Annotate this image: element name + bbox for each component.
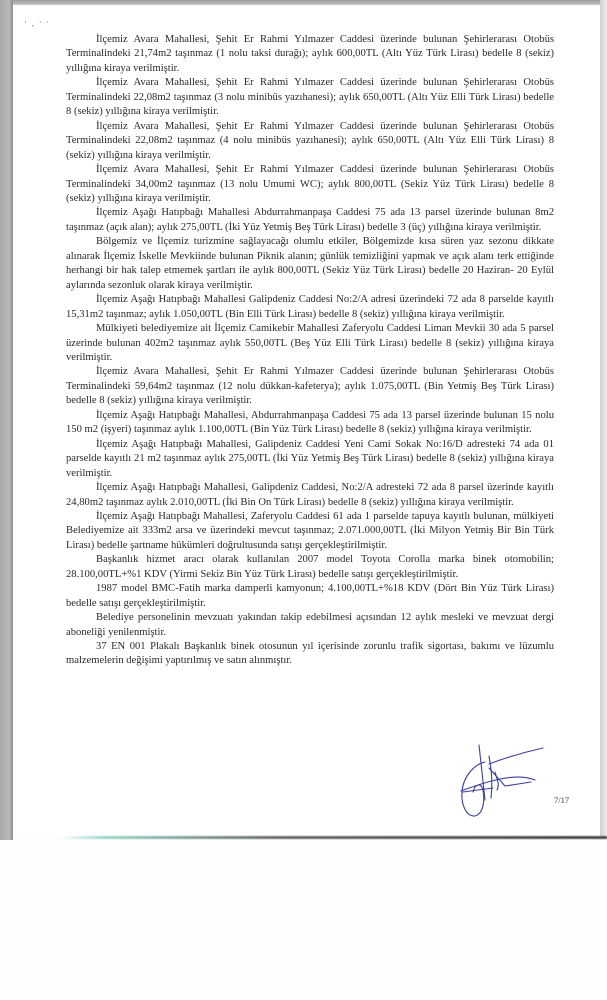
paragraph: İlçemiz Aşağı Hatıpbağı Mahallesi Abdurr… — [66, 206, 554, 235]
paragraph: İlçemiz Avara Mahallesi, Şehit Er Rahmi … — [66, 163, 554, 206]
page-number: 7/17 — [554, 795, 569, 805]
paragraph: İlçemiz Avara Mahallesi, Şehit Er Rahmi … — [66, 76, 554, 119]
paragraph: İlçemiz Aşağı Hatıpbağı Mahallesi Galipd… — [66, 293, 554, 322]
signature-icon — [445, 742, 595, 822]
page-bottom-edge — [60, 836, 607, 839]
paragraph: İlçemiz Aşağı Hatıpbağı Mahallesi, Galip… — [66, 438, 554, 481]
paragraph: İlçemiz Aşağı Hatıpbağı Mahallesi, Abdur… — [66, 409, 554, 438]
paragraph: Belediye personelinin mevzuatı yakından … — [66, 611, 554, 640]
paragraph: 37 EN 001 Plakalı Başkanlık binek otosun… — [66, 640, 554, 669]
document-body: İlçemiz Avara Mahallesi, Şehit Er Rahmi … — [66, 33, 554, 669]
paragraph: Bölgemiz ve İlçemiz turizmine sağlayacağ… — [66, 235, 554, 293]
paragraph: İlçemiz Aşağı Hatıpbağı Mahallesi, Galip… — [66, 481, 554, 510]
paragraph: Başkanlık hizmet aracı olarak kullanılan… — [66, 553, 554, 582]
scanner-border-left — [0, 0, 13, 840]
paragraph: İlçemiz Avara Mahallesi, Şehit Er Rahmi … — [66, 120, 554, 163]
paragraph: İlçemiz Avara Mahallesi, Şehit Er Rahmi … — [66, 33, 554, 76]
scan-corner-marks: ' , ' ' — [25, 20, 50, 28]
scanner-border-right — [600, 0, 607, 836]
paragraph: İlçemiz Avara Mahallesi, Şehit Er Rahmi … — [66, 365, 554, 408]
paragraph: İlçemiz Aşağı Hatıpbağı Mahallesi, Zafer… — [66, 510, 554, 553]
paragraph: Mülkiyeti belediyemize ait İlçemiz Camik… — [66, 322, 554, 365]
paragraph: 1987 model BMC-Fatih marka damperli kamy… — [66, 582, 554, 611]
